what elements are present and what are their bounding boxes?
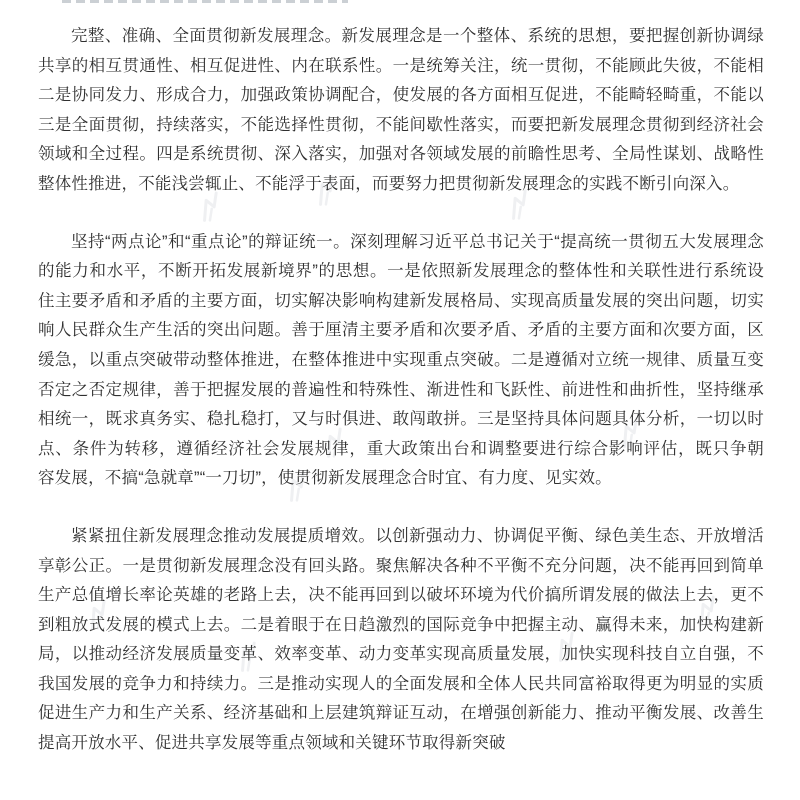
text-line: 相统一，既求真务实、稳扎稳打，又与时俱进、敢闯敢拼。三是坚持具体问题具体分析，一… — [38, 405, 764, 435]
paragraph: 完整、准确、全面贯彻新发展理念。新发展理念是一个整体、系统的思想，要把握创新协调… — [38, 22, 764, 200]
text-line: 响人民群众生产生活的突出问题。善于厘清主要矛盾和次要矛盾、矛盾的主要方面和次要方… — [38, 316, 764, 346]
text-line: 局，以推动经济发展质量变革、效率变革、动力变革实现高质量发展，加快实现科技自立自… — [38, 640, 764, 670]
document-page: 完整、准确、全面贯彻新发展理念。新发展理念是一个整体、系统的思想，要把握创新协调… — [0, 0, 800, 800]
text-line: 领域和全过程。四是系统贯彻、深入落实，加强对各领域发展的前瞻性思考、全局性谋划、… — [38, 140, 764, 170]
text-line: 坚持“两点论”和“重点论”的辩证统一。深刻理解习近平总书记关于“提高统一贯彻五大… — [38, 228, 764, 258]
text-line: 二是协同发力、形成合力，加强政策协调配合，使发展的各方面相互促进，不能畸轻畸重，… — [38, 81, 764, 111]
text-line: 到粗放式发展的模式上去。二是着眼于在日趋激烈的国际竞争中把握主动、赢得未来，加快… — [38, 611, 764, 641]
text-line: 三是全面贯彻，持续落实，不能选择性贯彻，不能间歇性落实，而要把新发展理念贯彻到经… — [38, 111, 764, 141]
text-line: 生产总值增长率论英雄的老路上去，决不能再回到以破坏环境为代价搞所谓发展的做法上去… — [38, 581, 764, 611]
text-line: 住主要矛盾和矛盾的主要方面，切实解决影响构建新发展格局、实现高质量发展的突出问题… — [38, 287, 764, 317]
text-line: 紧紧扭住新发展理念推动发展提质增效。以创新强动力、协调促平衡、绿色美生态、开放增… — [38, 522, 764, 552]
text-line: 整体性推进，不能浅尝辄止、不能浮于表面，而要努力把贯彻新发展理念的实践不断引向深… — [38, 170, 764, 200]
paragraph: 紧紧扭住新发展理念推动发展提质增效。以创新强动力、协调促平衡、绿色美生态、开放增… — [38, 522, 764, 759]
text-line: 促进生产力和生产关系、经济基础和上层建筑辩证互动，在增强创新能力、推动平衡发展、… — [38, 699, 764, 729]
text-line: 共享的相互贯通性、相互促进性、内在联系性。一是统筹关注，统一贯彻，不能顾此失彼，… — [38, 52, 764, 82]
text-line: 容发展，不搞“急就章”“一刀切”，使贯彻新发展理念合时宜、有力度、见实效。 — [38, 464, 764, 494]
text-line: 享彰公正。一是贯彻新发展理念没有回头路。聚焦解决各种不平衡不充分问题，决不能再回… — [38, 552, 764, 582]
text-line: 提高开放水平、促进共享发展等重点领域和关键环节取得新突破 — [38, 729, 764, 759]
text-line: 完整、准确、全面贯彻新发展理念。新发展理念是一个整体、系统的思想，要把握创新协调… — [38, 22, 764, 52]
text-line: 的能力和水平，不断开拓发展新境界”的思想。一是依照新发展理念的整体性和关联性进行… — [38, 257, 764, 287]
text-line: 我国发展的竞争力和持续力。三是推动实现人的全面发展和全体人民共同富裕取得更为明显… — [38, 670, 764, 700]
paragraph: 坚持“两点论”和“重点论”的辩证统一。深刻理解习近平总书记关于“提高统一贯彻五大… — [38, 228, 764, 494]
text-line: 否定之否定规律，善于把握发展的普遍性和特殊性、渐进性和飞跃性、前进性和曲折性，坚… — [38, 376, 764, 406]
text-line: 缓急，以重点突破带动整体推进，在整体推进中实现重点突破。二是遵循对立统一规律、质… — [38, 346, 764, 376]
text-line: 点、条件为转移，遵循经济社会发展规律，重大政策出台和调整要进行综合影响评估，既只… — [38, 435, 764, 465]
clipped-text-remnant — [62, 0, 348, 3]
article-body: 完整、准确、全面贯彻新发展理念。新发展理念是一个整体、系统的思想，要把握创新协调… — [38, 22, 764, 787]
